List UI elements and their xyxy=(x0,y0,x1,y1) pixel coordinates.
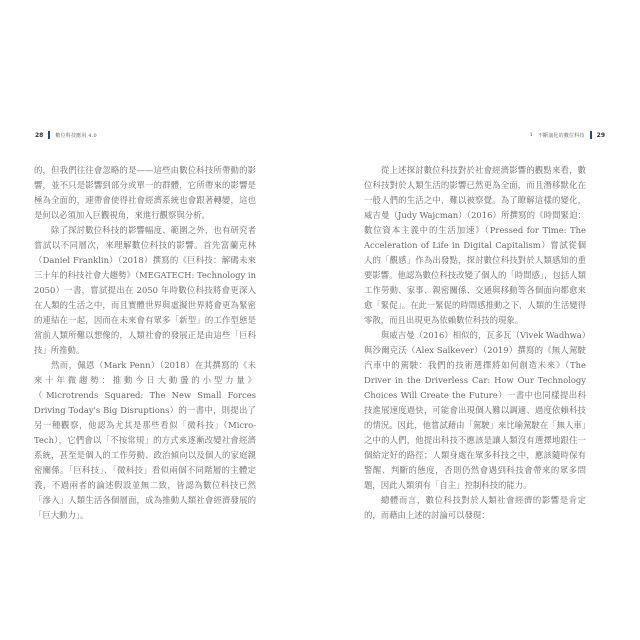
paragraph: 總體而言，數位科技對於人類社會經濟的影響是肯定的，而藉由上述的討論可以發現： xyxy=(364,493,586,523)
paragraph: 然而，佩恩（Mark Penn）（2018）在其撰寫的《未來十年微趨勢：推動今日… xyxy=(34,358,256,523)
chapter-number: 1 xyxy=(530,132,533,138)
paragraph: 除了探討數位科技的影響幅度、範圍之外，也有研究者嘗試以不同層次，來理解數位科技的… xyxy=(34,223,256,358)
chapter-title: 不斷演化的數位科技 xyxy=(538,132,585,139)
header-bar-divider xyxy=(48,131,50,139)
header-bar-divider xyxy=(590,131,592,139)
paragraph: 從上述探討數位科技對於社會經濟影響的觀點來看，數位科技對於人類生活的影響已然更為… xyxy=(364,163,586,328)
left-body-text: 的，但我們往往會忽略的是——這些由數位科技所帶動的影響，並不只是影響到部分或單一… xyxy=(34,163,256,523)
right-page: 1 不斷演化的數位科技 29 從上述探討數位科技對於社會經濟影響的觀點來看，數位… xyxy=(320,0,640,640)
left-page: 28 數位科技應用 4.0 的，但我們往往會忽略的是——這些由數位科技所帶動的影… xyxy=(0,0,320,640)
left-running-head: 28 數位科技應用 4.0 xyxy=(35,130,97,140)
right-body-text: 從上述探討數位科技對於社會經濟影響的觀點來看，數位科技對於人類生活的影響已然更為… xyxy=(364,163,586,523)
book-title: 數位科技應用 4.0 xyxy=(55,132,97,139)
right-running-head: 1 不斷演化的數位科技 29 xyxy=(530,130,605,140)
paragraph: 的，但我們往往會忽略的是——這些由數位科技所帶動的影響，並不只是影響到部分或單一… xyxy=(34,163,256,223)
book-spread: 28 數位科技應用 4.0 的，但我們往往會忽略的是——這些由數位科技所帶動的影… xyxy=(0,0,640,640)
page-number: 29 xyxy=(597,132,605,139)
page-number: 28 xyxy=(35,132,43,139)
paragraph: 與威吉曼（2016）相似的，瓦多瓦（Vivek Wadhwa）與沙爾克沃（Ale… xyxy=(364,328,586,493)
